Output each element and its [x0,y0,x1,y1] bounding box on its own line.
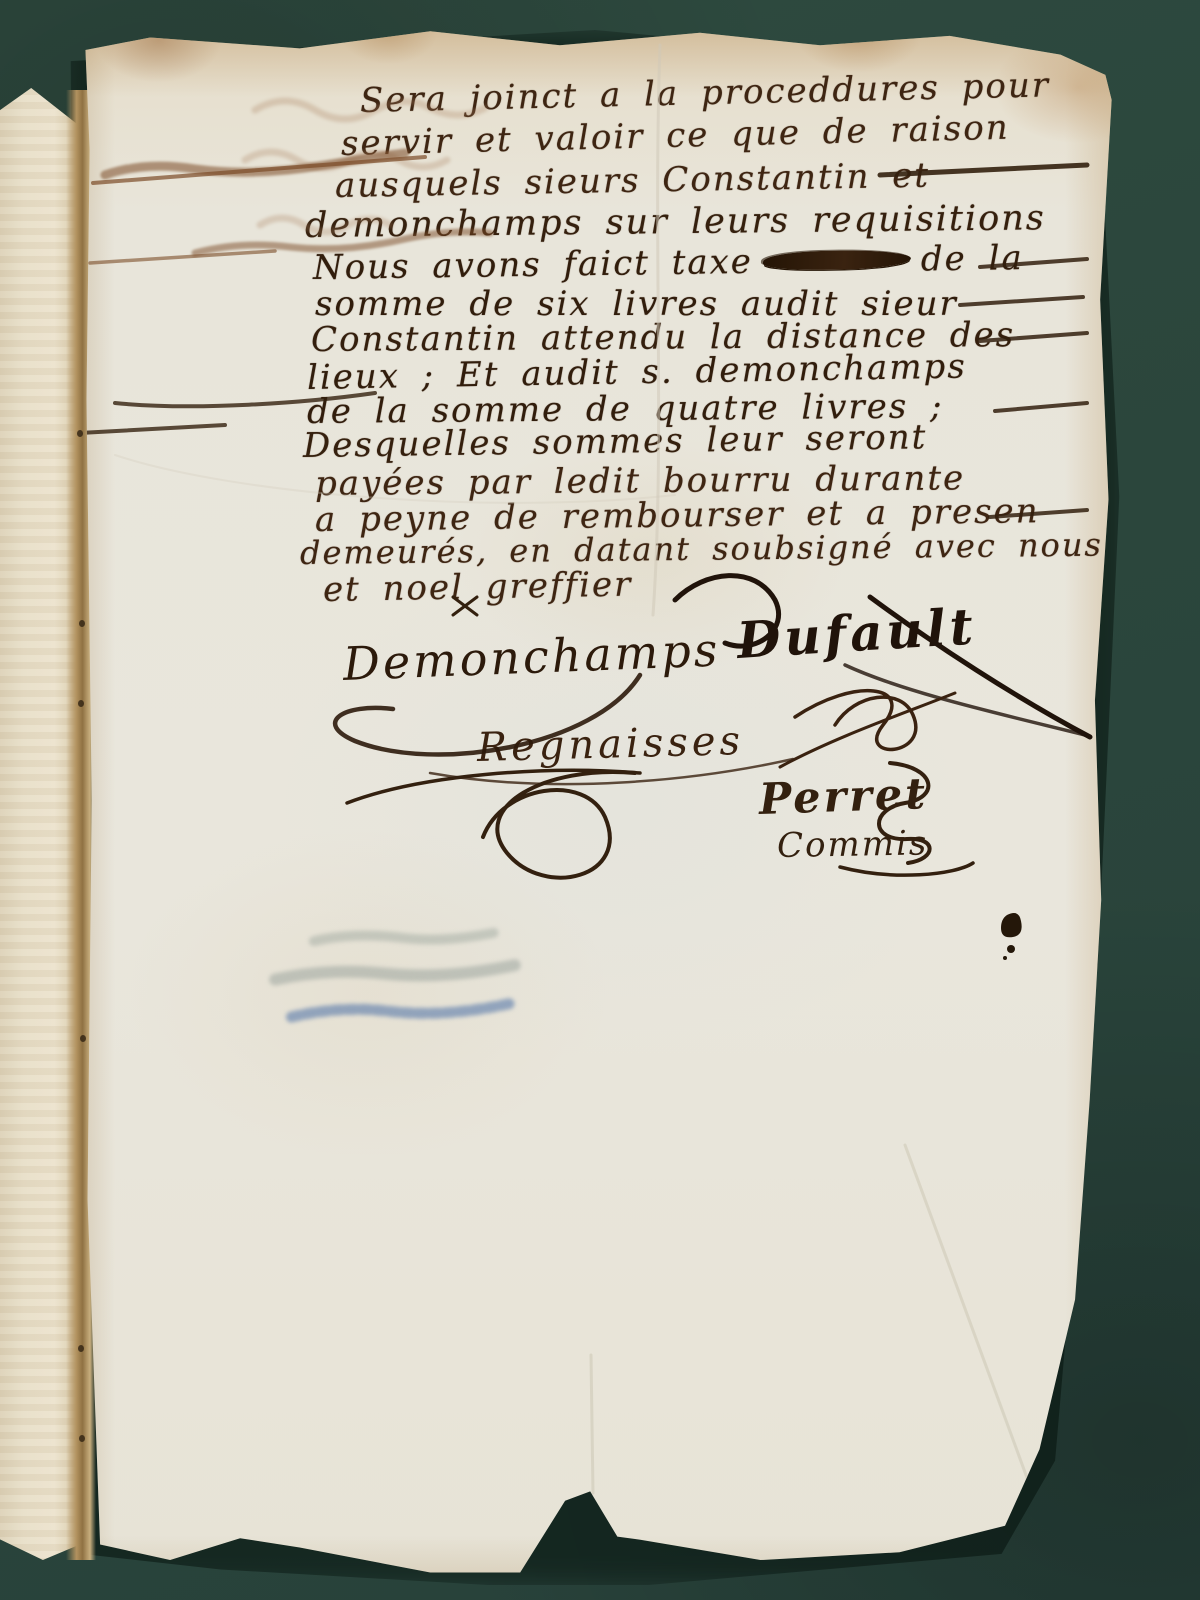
handwritten-line: Nous avons faict taxede la [313,238,1024,288]
manuscript-page: Sera joinct a la proceddures pour servir… [75,25,1120,1585]
signature-commis-title: Commis [777,823,929,866]
bleedthrough-stamp [243,907,567,1038]
signature-perret: Perret [758,769,929,825]
manuscript-photo: Sera joinct a la proceddures pour servir… [0,0,1200,1600]
line5-after-strike: de la [921,238,1024,279]
handwritten-line: demeurés, en datant soubsigné avec nous [300,526,1103,572]
ink-blot [1001,913,1022,960]
stitch-hole [80,1035,86,1042]
stitch-hole [78,700,84,707]
handwritten-line: ausquels sieurs Constantin et [335,156,931,206]
handwritten-line: et noel greffier [323,565,633,610]
line5-before-strike: Nous avons faict taxe [313,242,753,288]
stitch-hole [77,430,83,437]
stitch-hole [79,620,85,627]
stitch-hole [79,1435,85,1442]
signature-regnaisse: Regnaisses [476,718,744,771]
signature-demonchamps: Demonchamps [342,623,721,691]
crossed-out-word [763,249,911,270]
stitch-hole [78,1345,84,1352]
stamp-strokes [243,907,567,1038]
signature-dufault: Dufault [735,596,978,670]
